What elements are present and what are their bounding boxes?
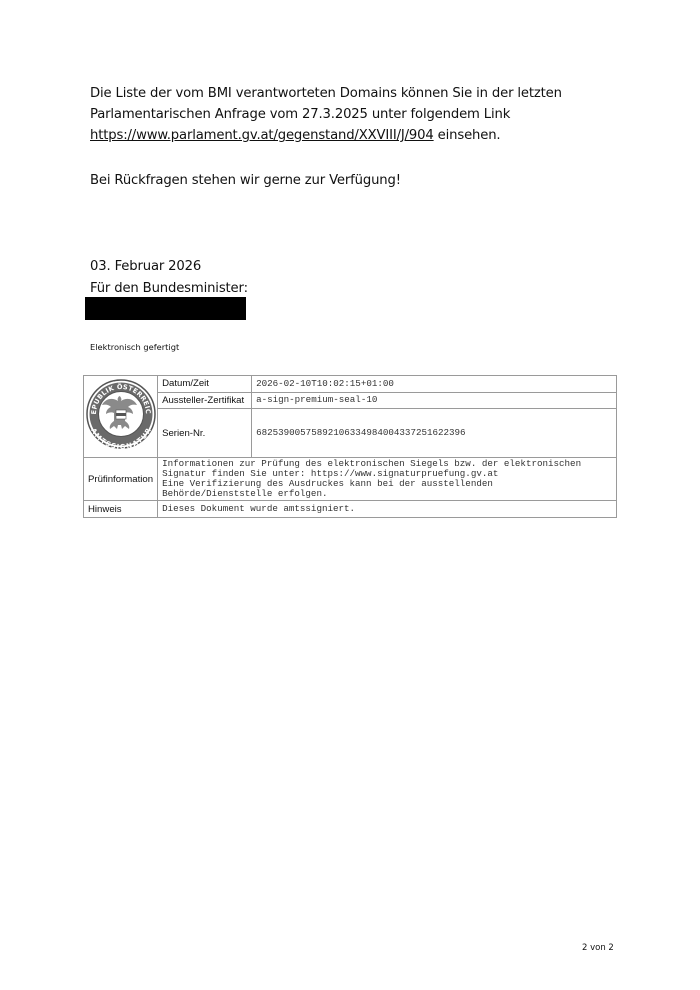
value-hinweis: Dieses Dokument wurde amtssigniert. [158, 501, 617, 518]
pruefinformation-line: Behörde/Dienststelle erfolgen. [162, 489, 612, 499]
paragraph-contact: Bei Rückfragen stehen wir gerne zur Verf… [90, 170, 401, 191]
value-serien-nr: 68253900575892106334984004337251622396 [252, 409, 617, 458]
label-serien-nr: Serien-Nr. [158, 409, 252, 458]
redacted-signer-name [85, 297, 246, 320]
signer-label: Für den Bundesminister: [90, 278, 248, 299]
paragraph-line: Die Liste der vom BMI verantworteten Dom… [90, 83, 562, 104]
signature-note: Elektronisch gefertigt [90, 342, 179, 352]
page-number: 2 von 2 [582, 943, 614, 953]
value-aussteller-zertifikat: a-sign-premium-seal-10 [252, 392, 617, 409]
label-hinweis: Hinweis [84, 501, 158, 518]
austrian-eagle-seal-icon: REPUBLIK ÖSTERREICH AMTSSIGNATUR [85, 376, 157, 452]
value-pruefinformation: Informationen zur Prüfung des elektronis… [158, 458, 617, 501]
link-suffix: einsehen. [434, 128, 501, 143]
seal-cell: REPUBLIK ÖSTERREICH AMTSSIGNATUR [84, 376, 158, 458]
parlament-link[interactable]: https://www.parlament.gv.at/gegenstand/X… [90, 128, 434, 143]
paragraph-line: https://www.parlament.gv.at/gegenstand/X… [90, 125, 562, 146]
paragraph-domains: Die Liste der vom BMI verantworteten Dom… [90, 83, 562, 146]
label-pruefinformation: Prüfinformation [84, 458, 158, 501]
label-aussteller-zertifikat: Aussteller-Zertifikat [158, 392, 252, 409]
label-datum-zeit: Datum/Zeit [158, 376, 252, 393]
signature-table: REPUBLIK ÖSTERREICH AMTSSIGNATUR Datum/Z… [83, 375, 617, 518]
value-datum-zeit: 2026-02-10T10:02:15+01:00 [252, 376, 617, 393]
paragraph-line: Parlamentarischen Anfrage vom 27.3.2025 … [90, 104, 562, 125]
letter-date: 03. Februar 2026 [90, 256, 201, 277]
